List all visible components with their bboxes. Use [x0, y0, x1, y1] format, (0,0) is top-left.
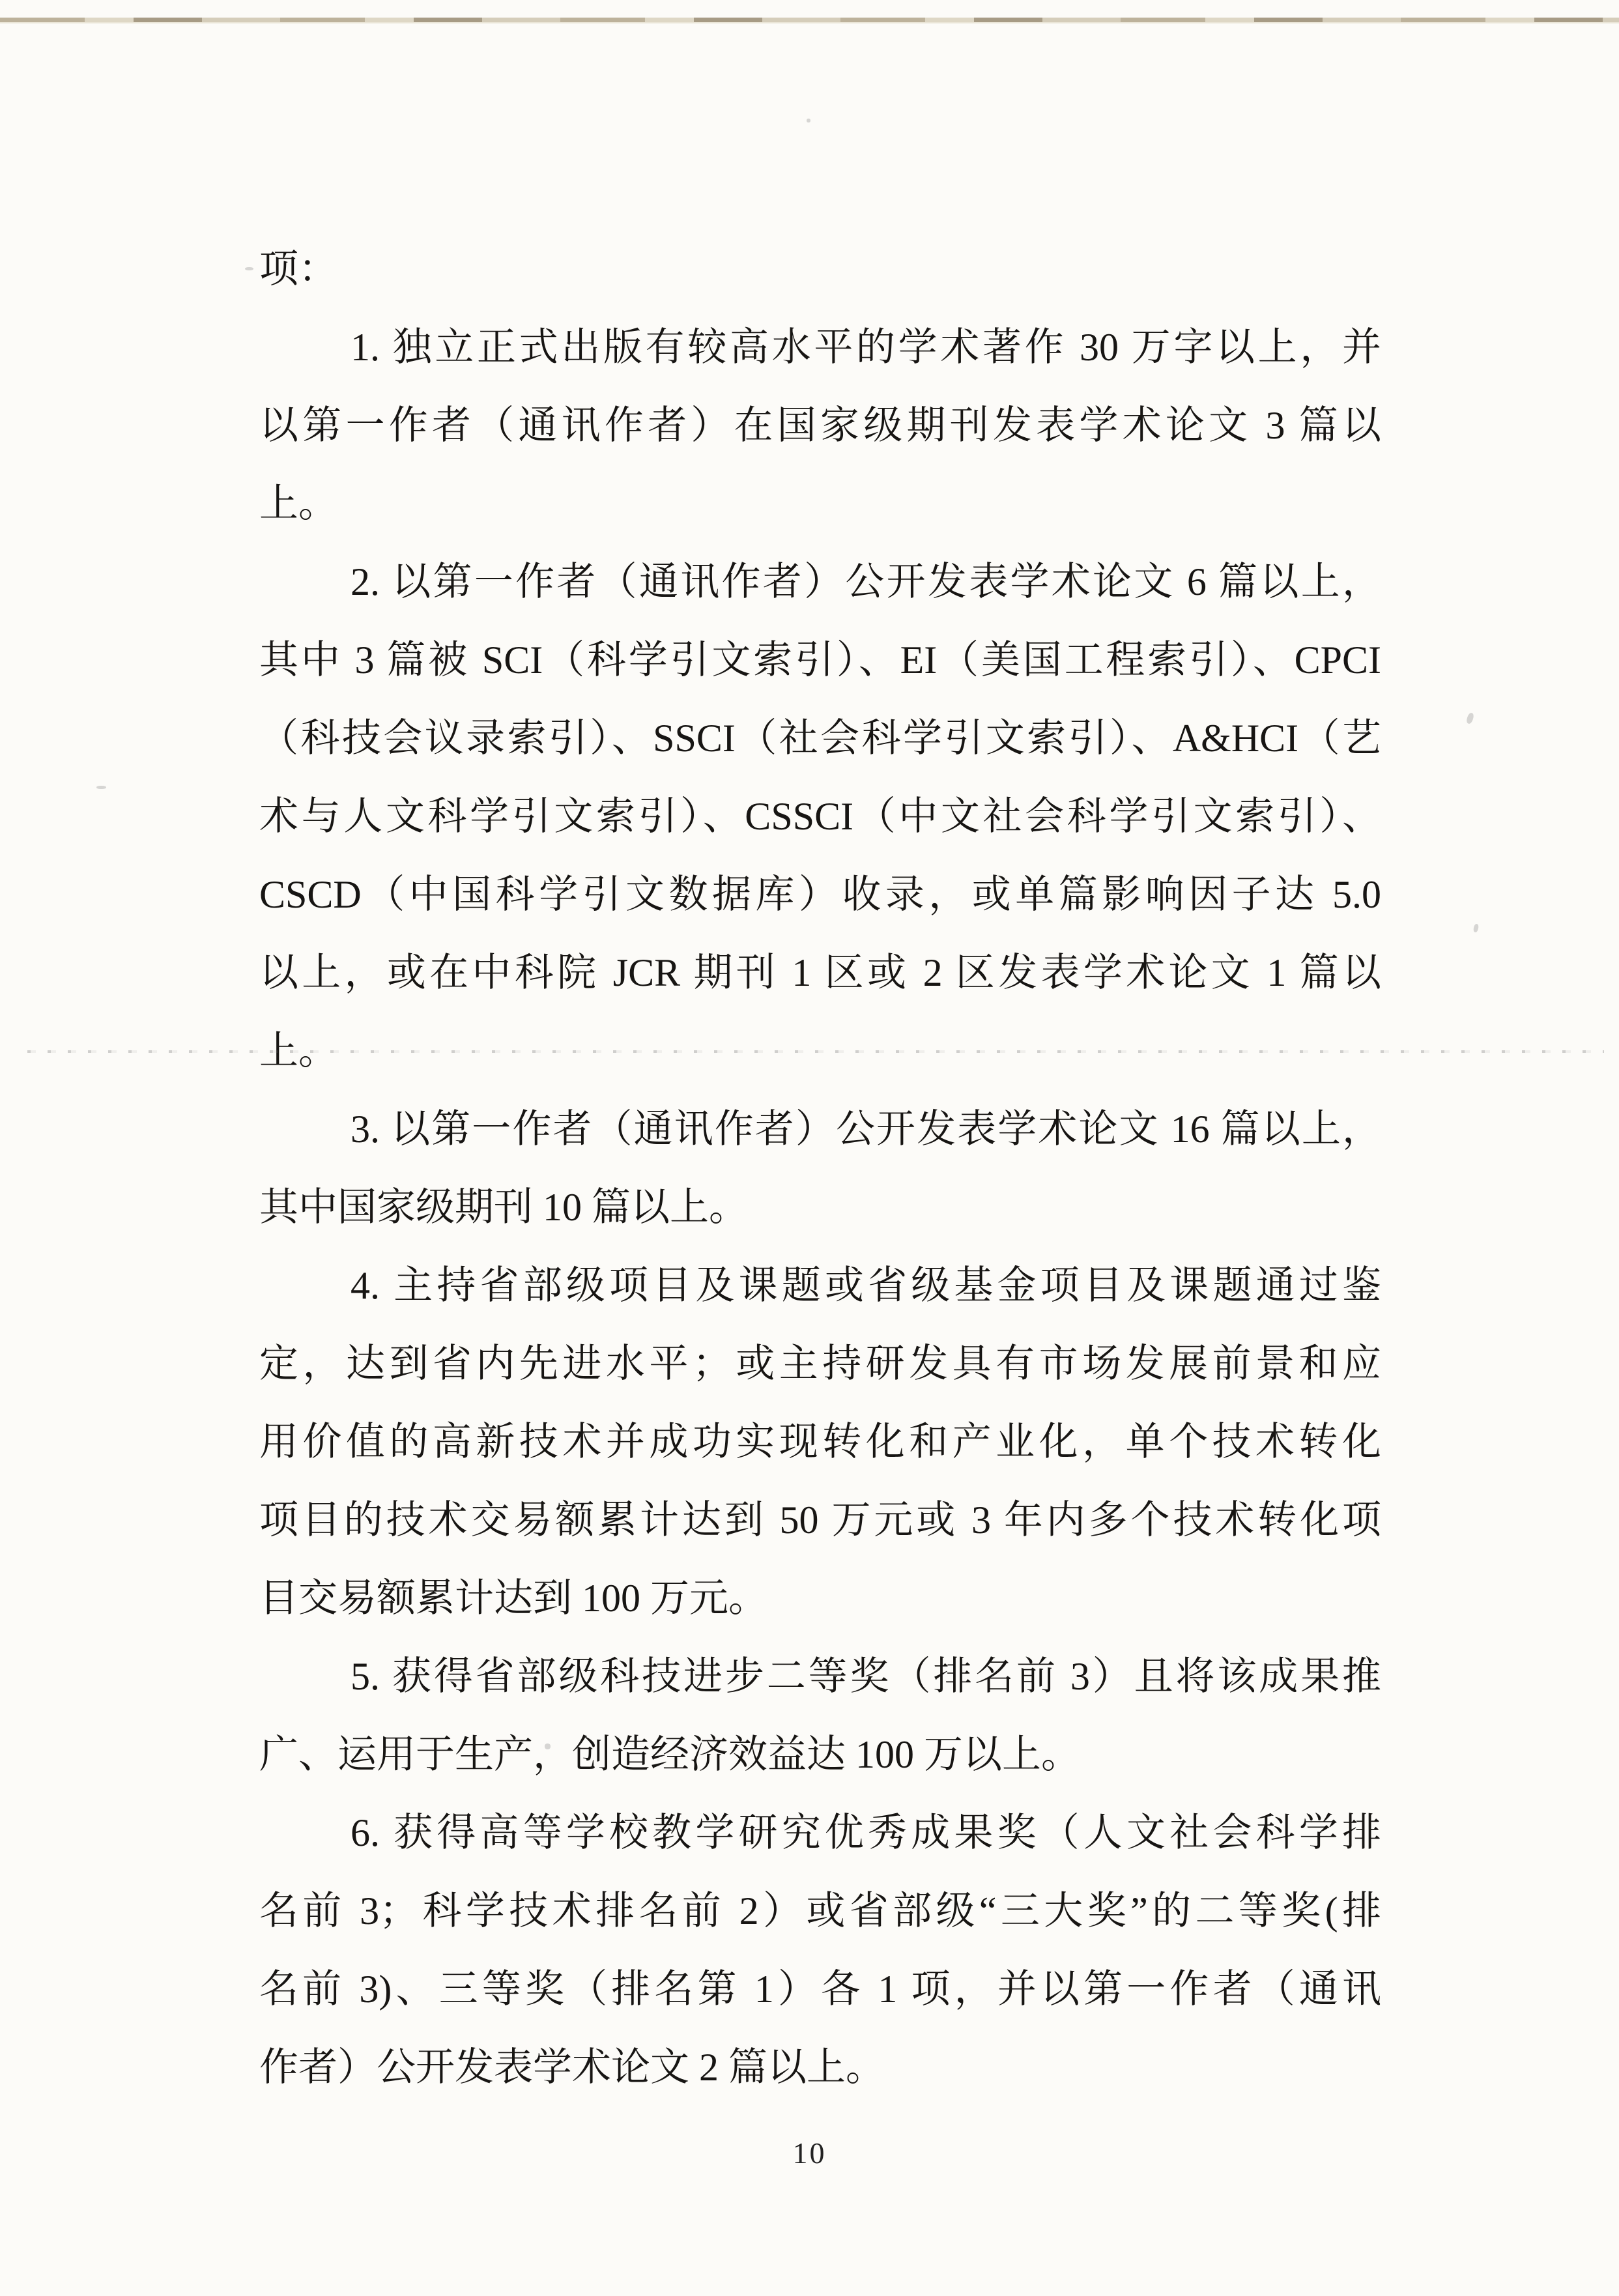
text-line: 上。	[259, 465, 1381, 543]
scan-speck	[545, 1744, 551, 1749]
text-line: 项目的技术交易额累计达到 50 万元或 3 年内多个技术转化项	[259, 1481, 1381, 1559]
text-line: 以上，或在中科院 JCR 期刊 1 区或 2 区发表学术论文 1 篇以	[259, 934, 1381, 1012]
text-line: 项：	[259, 230, 1381, 308]
text-line: 名前 3；科学技术排名前 2）或省部级“三大奖”的二等奖(排	[259, 1872, 1381, 1950]
scan-edge-artifact	[0, 18, 1619, 23]
text-line: 名前 3)、三等奖（排名第 1）各 1 项，并以第一作者（通讯	[259, 1950, 1381, 2028]
text-line: 以第一作者（通讯作者）在国家级期刊发表学术论文 3 篇以	[259, 386, 1381, 465]
text-line: 6. 获得高等学校教学研究优秀成果奖（人文社会科学排	[259, 1794, 1381, 1872]
text-line: （科技会议录索引）、SSCI（社会科学引文索引）、A&HCI（艺	[259, 699, 1381, 777]
scan-dotted-artifact	[27, 1050, 1604, 1053]
text-line: 用价值的高新技术并成功实现转化和产业化，单个技术转化	[259, 1403, 1381, 1481]
text-line: 3. 以第一作者（通讯作者）公开发表学术论文 16 篇以上，	[259, 1090, 1381, 1168]
text-line: 术与人文科学引文索引）、CSSCI（中文社会科学引文索引）、	[259, 777, 1381, 855]
text-line: 4. 主持省部级项目及课题或省级基金项目及课题通过鉴	[259, 1246, 1381, 1325]
scanned-document-page: 项： 1. 独立正式出版有较高水平的学术著作 30 万字以上，并 以第一作者（通…	[0, 0, 1619, 2296]
text-block: 项： 1. 独立正式出版有较高水平的学术著作 30 万字以上，并 以第一作者（通…	[259, 230, 1381, 2106]
scan-speck	[807, 119, 810, 122]
scan-speck	[1473, 923, 1480, 932]
scan-speck	[245, 267, 253, 270]
text-line: 广、运用于生产，创造经济效益达 100 万以上。	[259, 1715, 1381, 1794]
text-line: 1. 独立正式出版有较高水平的学术著作 30 万字以上，并	[259, 308, 1381, 386]
text-line: 其中国家级期刊 10 篇以上。	[259, 1168, 1381, 1246]
text-line: CSCD（中国科学引文数据库）收录，或单篇影响因子达 5.0	[259, 855, 1381, 934]
scan-speck	[1466, 712, 1475, 725]
scan-speck	[96, 786, 106, 789]
text-line: 2. 以第一作者（通讯作者）公开发表学术论文 6 篇以上，	[259, 543, 1381, 621]
page-number: 10	[0, 2136, 1619, 2170]
text-line: 目交易额累计达到 100 万元。	[259, 1559, 1381, 1637]
text-line: 5. 获得省部级科技进步二等奖（排名前 3）且将该成果推	[259, 1637, 1381, 1715]
text-line: 其中 3 篇被 SCI（科学引文索引）、EI（美国工程索引）、CPCI	[259, 621, 1381, 699]
text-line: 定，达到省内先进水平；或主持研发具有市场发展前景和应	[259, 1325, 1381, 1403]
text-line: 作者）公开发表学术论文 2 篇以上。	[259, 2028, 1381, 2106]
